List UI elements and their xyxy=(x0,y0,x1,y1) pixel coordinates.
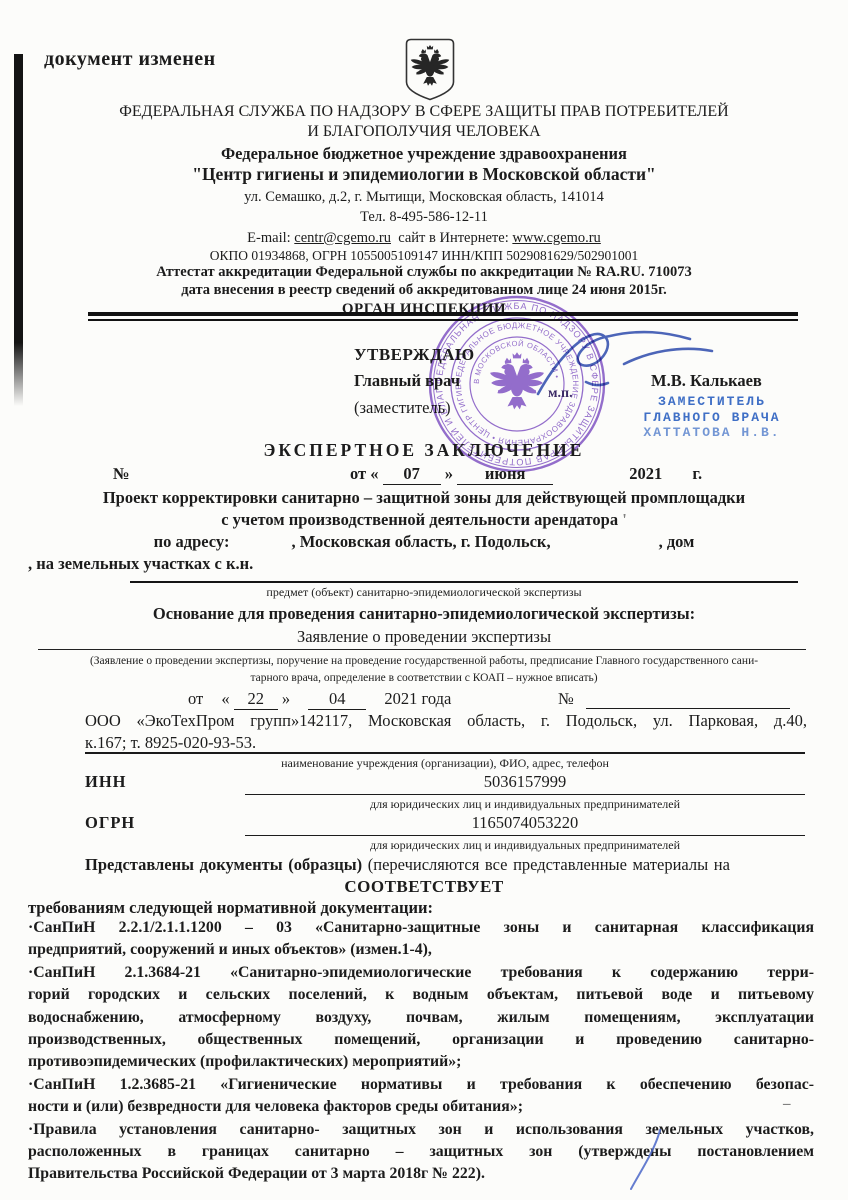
list-line: водоснабжению, атмосферному воздуху, поч… xyxy=(28,1009,814,1031)
accreditation-line2: дата внесения в реестр сведений об аккре… xyxy=(0,282,848,300)
list-line: предприятий, сооружений и иных объектов»… xyxy=(28,941,814,963)
subject-line3: по адресу:, Московская область, г. Подол… xyxy=(0,531,848,553)
basis-underline xyxy=(38,649,806,650)
inn-value: 5036157999 xyxy=(245,772,805,792)
from-label: от « xyxy=(350,464,379,483)
applicant-line2: к.167; т. 8925-020-93-53. xyxy=(85,732,807,754)
deputy-stamp-line2: ГЛАВНОГО ВРАЧА xyxy=(612,410,812,426)
mp-mark: м.п. xyxy=(548,386,573,402)
contact-line: E-mail: centr@cgemo.ru сайт в Интернете:… xyxy=(0,230,848,248)
inn-caption: для юридических лиц и индивидуальных пре… xyxy=(245,797,805,812)
subject-underline xyxy=(130,581,798,583)
list-line: Правительства Российской Федерации от 3 … xyxy=(28,1165,814,1187)
expertise-subject: Проект корректировки санитарно – защитно… xyxy=(0,487,848,575)
applicant-caption: наименование учреждения (организации), Ф… xyxy=(85,756,805,771)
applicant-line1: ООО «ЭкоТехПром групп»142117, Московская… xyxy=(85,710,807,732)
quote-close2: » xyxy=(282,689,290,708)
normative-documents-list: ·СанПиН 2.2.1/2.1.1.1200 – 03 «Санитарно… xyxy=(28,919,814,1188)
site-label: сайт в Интернете: xyxy=(398,230,509,246)
stray-tick: ' xyxy=(622,510,627,529)
service-name-line1: ФЕДЕРАЛЬНАЯ СЛУЖБА ПО НАДЗОРУ В СФЕРЕ ЗА… xyxy=(0,102,848,122)
list-line: ·СанПиН 2.1.3684-21 «Санитарно-эпидемиол… xyxy=(28,964,814,986)
inn-underline xyxy=(245,794,805,795)
document-page: документ изменен ФЕДЕРАЛЬНАЯ СЛУЖБА ПО Н… xyxy=(0,0,848,1200)
inn-label: ИНН xyxy=(85,772,127,792)
basis-caption-line2: тарного врача, определение в соответстви… xyxy=(20,670,828,687)
list-line: ·СанПиН 2.2.1/2.1.1.1200 – 03 «Санитарно… xyxy=(28,919,814,941)
basis-caption: (Заявление о проведении экспертизы, пору… xyxy=(20,653,828,687)
year-suffix: г. xyxy=(692,464,702,483)
institution-type: Федеральное бюджетное учреждение здравоо… xyxy=(0,144,848,164)
email-link[interactable]: centr@cgemo.ru xyxy=(294,230,391,246)
year-word: 2021 года xyxy=(384,689,451,708)
list-line: противоэпидемических (профилактических) … xyxy=(28,1053,814,1075)
ogrn-value: 1165074053220 xyxy=(245,813,805,833)
basis-caption-line1: (Заявление о проведении экспертизы, пору… xyxy=(20,653,828,670)
number-label2: № xyxy=(558,689,574,709)
approver-name: М.В. Калькаев xyxy=(651,371,762,391)
list-line: ·СанПиН 1.2.3685-21 «Гигиенические норма… xyxy=(28,1076,814,1098)
quote-open2: « xyxy=(221,689,229,708)
deputy-stamp-line3: ХАТТАТОВА Н.В. xyxy=(612,425,812,441)
deputy-stamp-line1: ЗАМЕСТИТЕЛЬ xyxy=(612,394,812,410)
applicant-info: ООО «ЭкоТехПром групп»142117, Московская… xyxy=(85,710,807,753)
registration-codes: ОКПО 01934868, ОГРН 1055005109147 ИНН/КП… xyxy=(0,248,848,264)
number-label: № xyxy=(113,464,130,484)
day-field: 07 xyxy=(383,464,441,485)
stray-dash-artifact: – xyxy=(783,1096,791,1113)
ogrn-caption: для юридических лиц и индивидуальных пре… xyxy=(245,838,805,853)
list-line: производственных, общественных помещений… xyxy=(28,1031,814,1053)
institution-name: "Центр гигиены и эпидемиологии в Московс… xyxy=(0,164,848,185)
institution-phone: Тел. 8-495-586-12-11 xyxy=(0,209,848,227)
documents-presented-line: Представлены документы (образцы) (перечи… xyxy=(85,855,810,875)
basis-heading: Основание для проведения санитарно-эпиде… xyxy=(0,604,848,624)
site-link[interactable]: www.cgemo.ru xyxy=(512,230,600,246)
quote-close: » xyxy=(445,464,453,483)
subject-line4: , на земельных участках с к.н. xyxy=(0,553,848,575)
documents-presented-rest: (перечисляются все представленные матери… xyxy=(362,855,730,874)
subject-line1: Проект корректировки санитарно – защитно… xyxy=(0,487,848,509)
service-name-line2: И БЛАГОПОЛУЧИЯ ЧЕЛОВЕКА xyxy=(0,122,848,142)
institution-address: ул. Семашко, д.2, г. Мытищи, Московская … xyxy=(0,189,848,207)
requirements-intro: требованиям следующей нормативной докуме… xyxy=(28,898,433,918)
applicant-underline xyxy=(85,752,805,754)
year-value: 2021 xyxy=(629,464,662,483)
document-changed-note: документ изменен xyxy=(44,48,216,71)
subject-line2: с учетом производственной деятельности а… xyxy=(0,509,848,531)
day-field2: 22 xyxy=(234,689,278,710)
list-line: ности и (или) безвредности для человека … xyxy=(28,1098,814,1120)
document-title: ЭКСПЕРТНОЕ ЗАКЛЮЧЕНИЕ xyxy=(0,440,848,461)
documents-presented-bold: Представлены документы (образцы) xyxy=(85,855,362,874)
list-line: горий городских и сельских поселений, к … xyxy=(28,986,814,1008)
state-emblem-icon xyxy=(403,37,457,103)
basis-value: Заявление о проведении экспертизы xyxy=(0,627,848,647)
deputy-name-stamp: ЗАМЕСТИТЕЛЬ ГЛАВНОГО ВРАЧА ХАТТАТОВА Н.В… xyxy=(612,394,812,441)
subject-caption: предмет (объект) санитарно-эпидемиологич… xyxy=(0,585,848,600)
letterhead: ФЕДЕРАЛЬНАЯ СЛУЖБА ПО НАДЗОРУ В СФЕРЕ ЗА… xyxy=(0,102,848,319)
ogrn-underline xyxy=(245,835,805,836)
ogrn-label: ОГРН xyxy=(85,813,135,833)
pen-mark-artifact xyxy=(626,1128,666,1192)
list-line: ·Правила установления санитарно- защитны… xyxy=(28,1121,814,1143)
month-field2: 04 xyxy=(308,689,366,710)
from-label2: от xyxy=(188,689,203,708)
verdict: СООТВЕТСТВУЕТ xyxy=(0,877,848,897)
accreditation-line1: Аттестат аккредитации Федеральной службы… xyxy=(0,264,848,282)
number-blank xyxy=(586,708,790,709)
month-field: июня xyxy=(457,464,553,485)
email-label: E-mail: xyxy=(247,230,291,246)
address-label: по адресу: xyxy=(154,532,230,551)
list-line: расположенных в границах санитарно – защ… xyxy=(28,1143,814,1165)
